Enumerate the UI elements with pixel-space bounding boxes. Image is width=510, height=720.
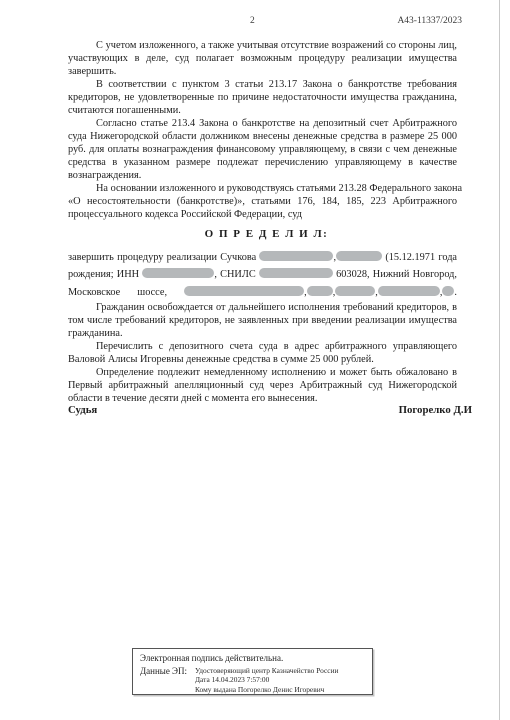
stamp-detail-line: Дата 14.04.2023 7:57:00 [195, 675, 338, 684]
page-edge-line [499, 0, 500, 720]
paragraph: Согласно статье 213.4 Закона о банкротст… [68, 117, 457, 182]
paragraph-line: завершить. [68, 65, 457, 78]
ruling-heading: О П Р Е Д Е Л И Л: [68, 228, 457, 241]
redaction-bar [259, 268, 333, 278]
stamp-detail-line: Кому выдана Погорелко Денис Игоревич [195, 685, 338, 694]
determination-line: завершить процедуру реализации Сучкова ,… [68, 249, 457, 266]
signature-row: Судья Погорелко Д.И [68, 404, 472, 416]
paragraph-line: том числе требований кредиторов, не заяв… [68, 314, 457, 327]
paragraph-line: В соответствии с пунктом 3 статьи 213.17… [68, 78, 457, 91]
paragraph: В соответствии с пунктом 3 статьи 213.17… [68, 78, 457, 117]
redaction-bar [184, 286, 304, 296]
redaction-bar [142, 268, 214, 278]
stamp-details: Удостоверяющий центр Казначейство России… [195, 666, 338, 694]
paragraph-line: суда Нижегородской области должником вне… [68, 130, 457, 143]
page-number: 2 [250, 16, 255, 26]
redaction-bar [378, 286, 440, 296]
paragraph-line: Согласно статье 213.4 Закона о банкротст… [68, 117, 457, 130]
paragraph-line: Перечислить с депозитного счета суда в а… [68, 340, 457, 353]
paragraphs-before-ruling: С учетом изложенного, а также учитывая о… [68, 39, 457, 221]
redaction-bar [259, 251, 333, 261]
redaction-bar [336, 251, 382, 261]
paragraph-line: процессуального кодекса Российской Федер… [68, 208, 457, 221]
document-body: С учетом изложенного, а также учитывая о… [68, 39, 457, 405]
paragraph: Гражданин освобождается от дальнейшего и… [68, 301, 457, 340]
page-header: 2 А43-11337/2023 [0, 16, 510, 30]
paragraph: На основании изложенного и руководствуяс… [68, 182, 457, 221]
paragraph-line: Гражданин освобождается от дальнейшего и… [68, 301, 457, 314]
paragraph-line: руб. для оплаты вознаграждения финансово… [68, 143, 457, 156]
paragraph-line: «О несостоятельности (банкротстве)», ста… [68, 195, 457, 208]
paragraph-line: С учетом изложенного, а также учитывая о… [68, 39, 457, 52]
paragraph-line: вознаграждения. [68, 169, 457, 182]
redaction-bar [442, 286, 454, 296]
determination-block: завершить процедуру реализации Сучкова ,… [68, 249, 457, 301]
paragraph: Перечислить с депозитного счета суда в а… [68, 340, 457, 366]
paragraph-line: кредиторов, не удовлетворенные по причин… [68, 91, 457, 104]
paragraphs-after-ruling: Гражданин освобождается от дальнейшего и… [68, 301, 457, 405]
stamp-data-row: Данные ЭП: Удостоверяющий центр Казначей… [140, 666, 365, 694]
paragraph-line: считаются погашенными. [68, 104, 457, 117]
signature-name: Погорелко Д.И [399, 404, 472, 416]
paragraph: С учетом изложенного, а также учитывая о… [68, 39, 457, 78]
paragraph: Определение подлежит немедленному исполн… [68, 366, 457, 405]
paragraph-line: Определение подлежит немедленному исполн… [68, 366, 457, 379]
document-page: { "page_header": { "page_number": "2", "… [0, 0, 510, 720]
determination-line: рождения; ИНН , СНИЛС 603028, Нижний Нов… [68, 266, 457, 283]
signature-role: Судья [68, 404, 97, 416]
paragraph-line: На основании изложенного и руководствуяс… [68, 182, 457, 195]
paragraph-line: гражданина. [68, 327, 457, 340]
case-number: А43-11337/2023 [397, 16, 462, 26]
paragraph-line: Валовой Алисы Игоревны денежные средства… [68, 353, 457, 366]
redaction-bar [335, 286, 375, 296]
stamp-validity-text: Электронная подпись действительна. [140, 653, 365, 664]
determination-line: Московское шоссе, ,,,,. [68, 284, 457, 301]
paragraph-line: средства в указанном размере подлежат пе… [68, 156, 457, 169]
stamp-data-label: Данные ЭП: [140, 666, 195, 694]
paragraph-line: участвующих в деле, суд полагает возможн… [68, 52, 457, 65]
stamp-detail-line: Удостоверяющий центр Казначейство России [195, 666, 338, 675]
paragraph-line: Первый арбитражный апелляционный суд чер… [68, 379, 457, 392]
electronic-signature-stamp: Электронная подпись действительна. Данны… [132, 648, 373, 695]
redaction-bar [307, 286, 333, 296]
